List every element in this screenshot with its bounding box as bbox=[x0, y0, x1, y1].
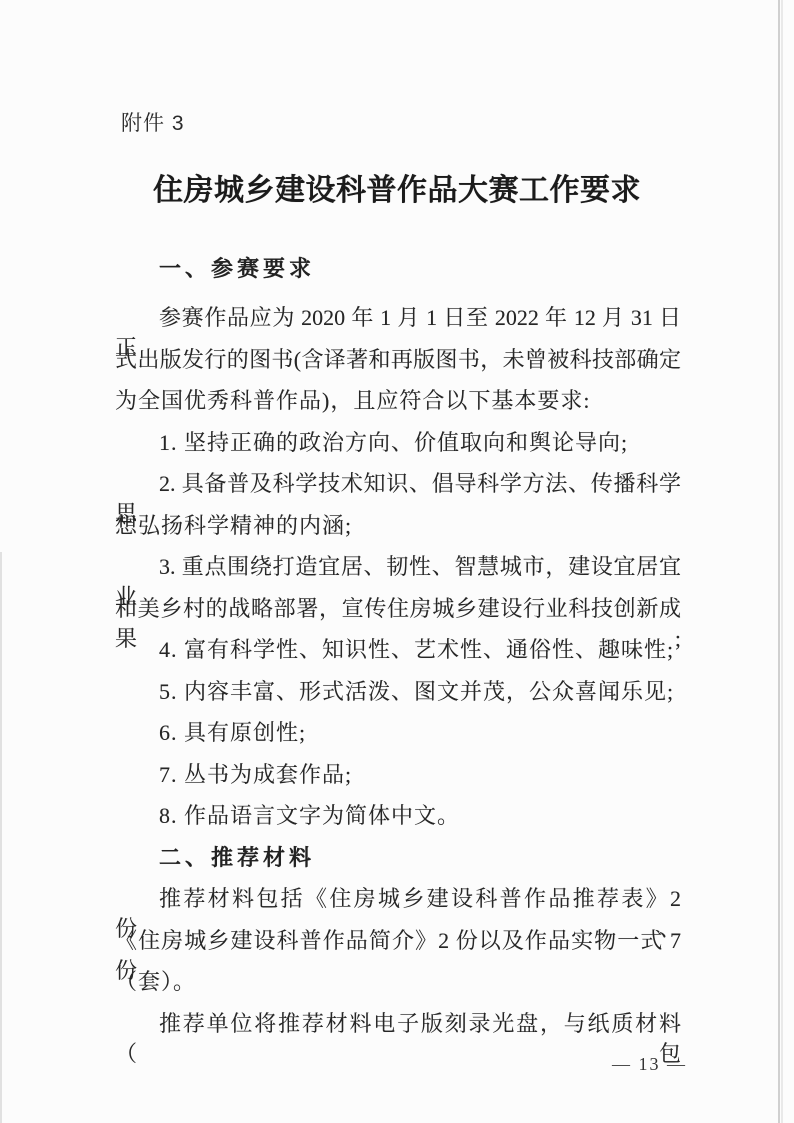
list-item-2-continuation: 想弘扬科学精神的内涵; bbox=[115, 511, 681, 541]
list-item-8: 8. 作品语言文字为简体中文。 bbox=[115, 801, 681, 831]
paragraph-line: 为全国优秀科普作品)，且应符合以下基本要求: bbox=[115, 386, 681, 416]
list-item-7: 7. 丛书为成套作品; bbox=[115, 760, 681, 790]
page-number: — 13 — bbox=[612, 1054, 687, 1075]
list-item-6: 6. 具有原创性; bbox=[115, 718, 681, 748]
list-item-4: 4. 富有科学性、知识性、艺术性、通俗性、趣味性; bbox=[115, 635, 681, 665]
section-heading-2: 二、推荐材料 bbox=[115, 843, 681, 873]
scan-artifact-left-edge bbox=[0, 552, 2, 1123]
document-body: 一、参赛要求 参赛作品应为 2020 年 1 月 1 日至 2022 年 12 … bbox=[115, 0, 681, 1123]
paragraph-line: 推荐单位将推荐材料电子版刻录光盘，与纸质材料（包 bbox=[115, 1009, 681, 1069]
paragraph-line: 式出版发行的图书(含译著和再版图书，未曾被科技部确定 bbox=[115, 345, 681, 375]
list-item-5: 5. 内容丰富、形式活泼、图文并茂，公众喜闻乐见; bbox=[115, 677, 681, 707]
section-heading-1: 一、参赛要求 bbox=[115, 254, 681, 284]
document-page: 附件 3 住房城乡建设科普作品大赛工作要求 一、参赛要求 参赛作品应为 2020… bbox=[0, 0, 794, 1123]
paragraph-line: （套）。 bbox=[115, 967, 681, 997]
list-item-1: 1. 坚持正确的政治方向、价值取向和舆论导向; bbox=[115, 428, 681, 458]
